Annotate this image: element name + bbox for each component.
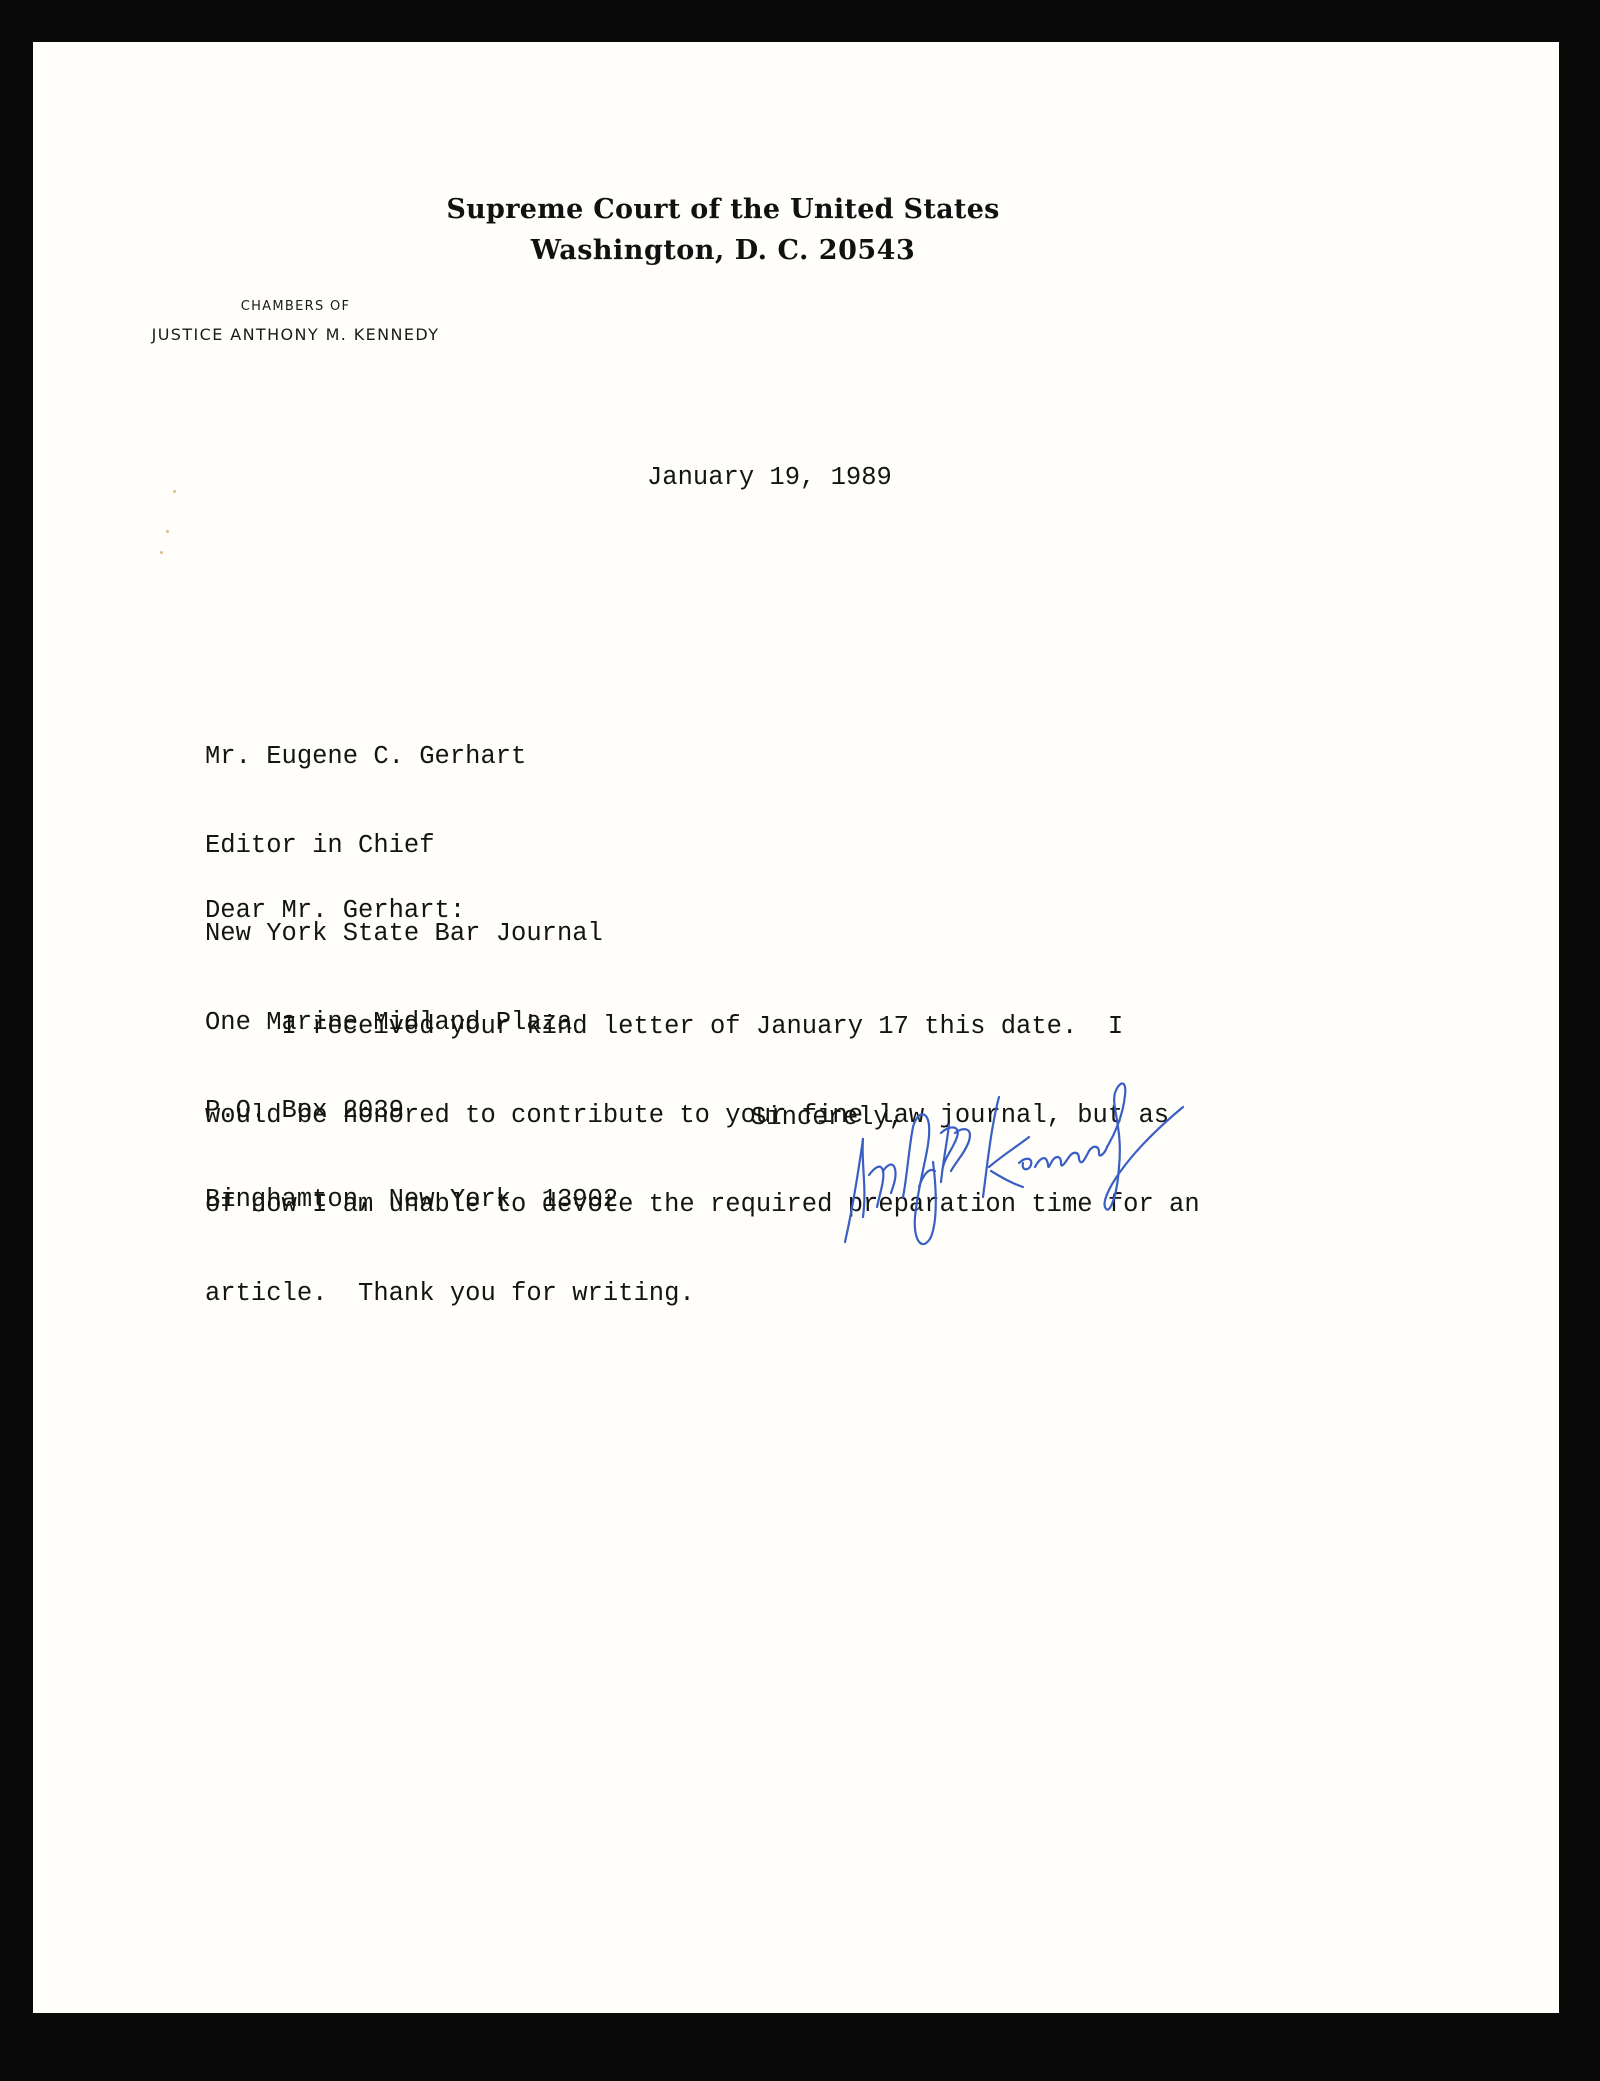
body-line: article. Thank you for writing. (205, 1279, 1200, 1309)
chambers-label: CHAMBERS OF (133, 299, 458, 314)
body-line: I received your kind letter of January 1… (205, 1012, 1200, 1042)
recipient-name: Mr. Eugene C. Gerhart (205, 742, 618, 772)
letterhead-court-name: Supreme Court of the United States (273, 194, 1173, 225)
justice-name: JUSTICE ANTHONY M. KENNEDY (133, 325, 458, 344)
salutation: Dear Mr. Gerhart: (205, 896, 465, 926)
letter-date: January 19, 1989 (647, 463, 892, 493)
speck (166, 530, 169, 533)
speck (160, 551, 163, 554)
letterhead-court-address: Washington, D. C. 20543 (273, 235, 1173, 266)
speck (173, 490, 176, 493)
recipient-title: Editor in Chief (205, 831, 618, 861)
letter-page: Supreme Court of the United States Washi… (33, 42, 1559, 2013)
signature-icon (823, 1067, 1203, 1257)
